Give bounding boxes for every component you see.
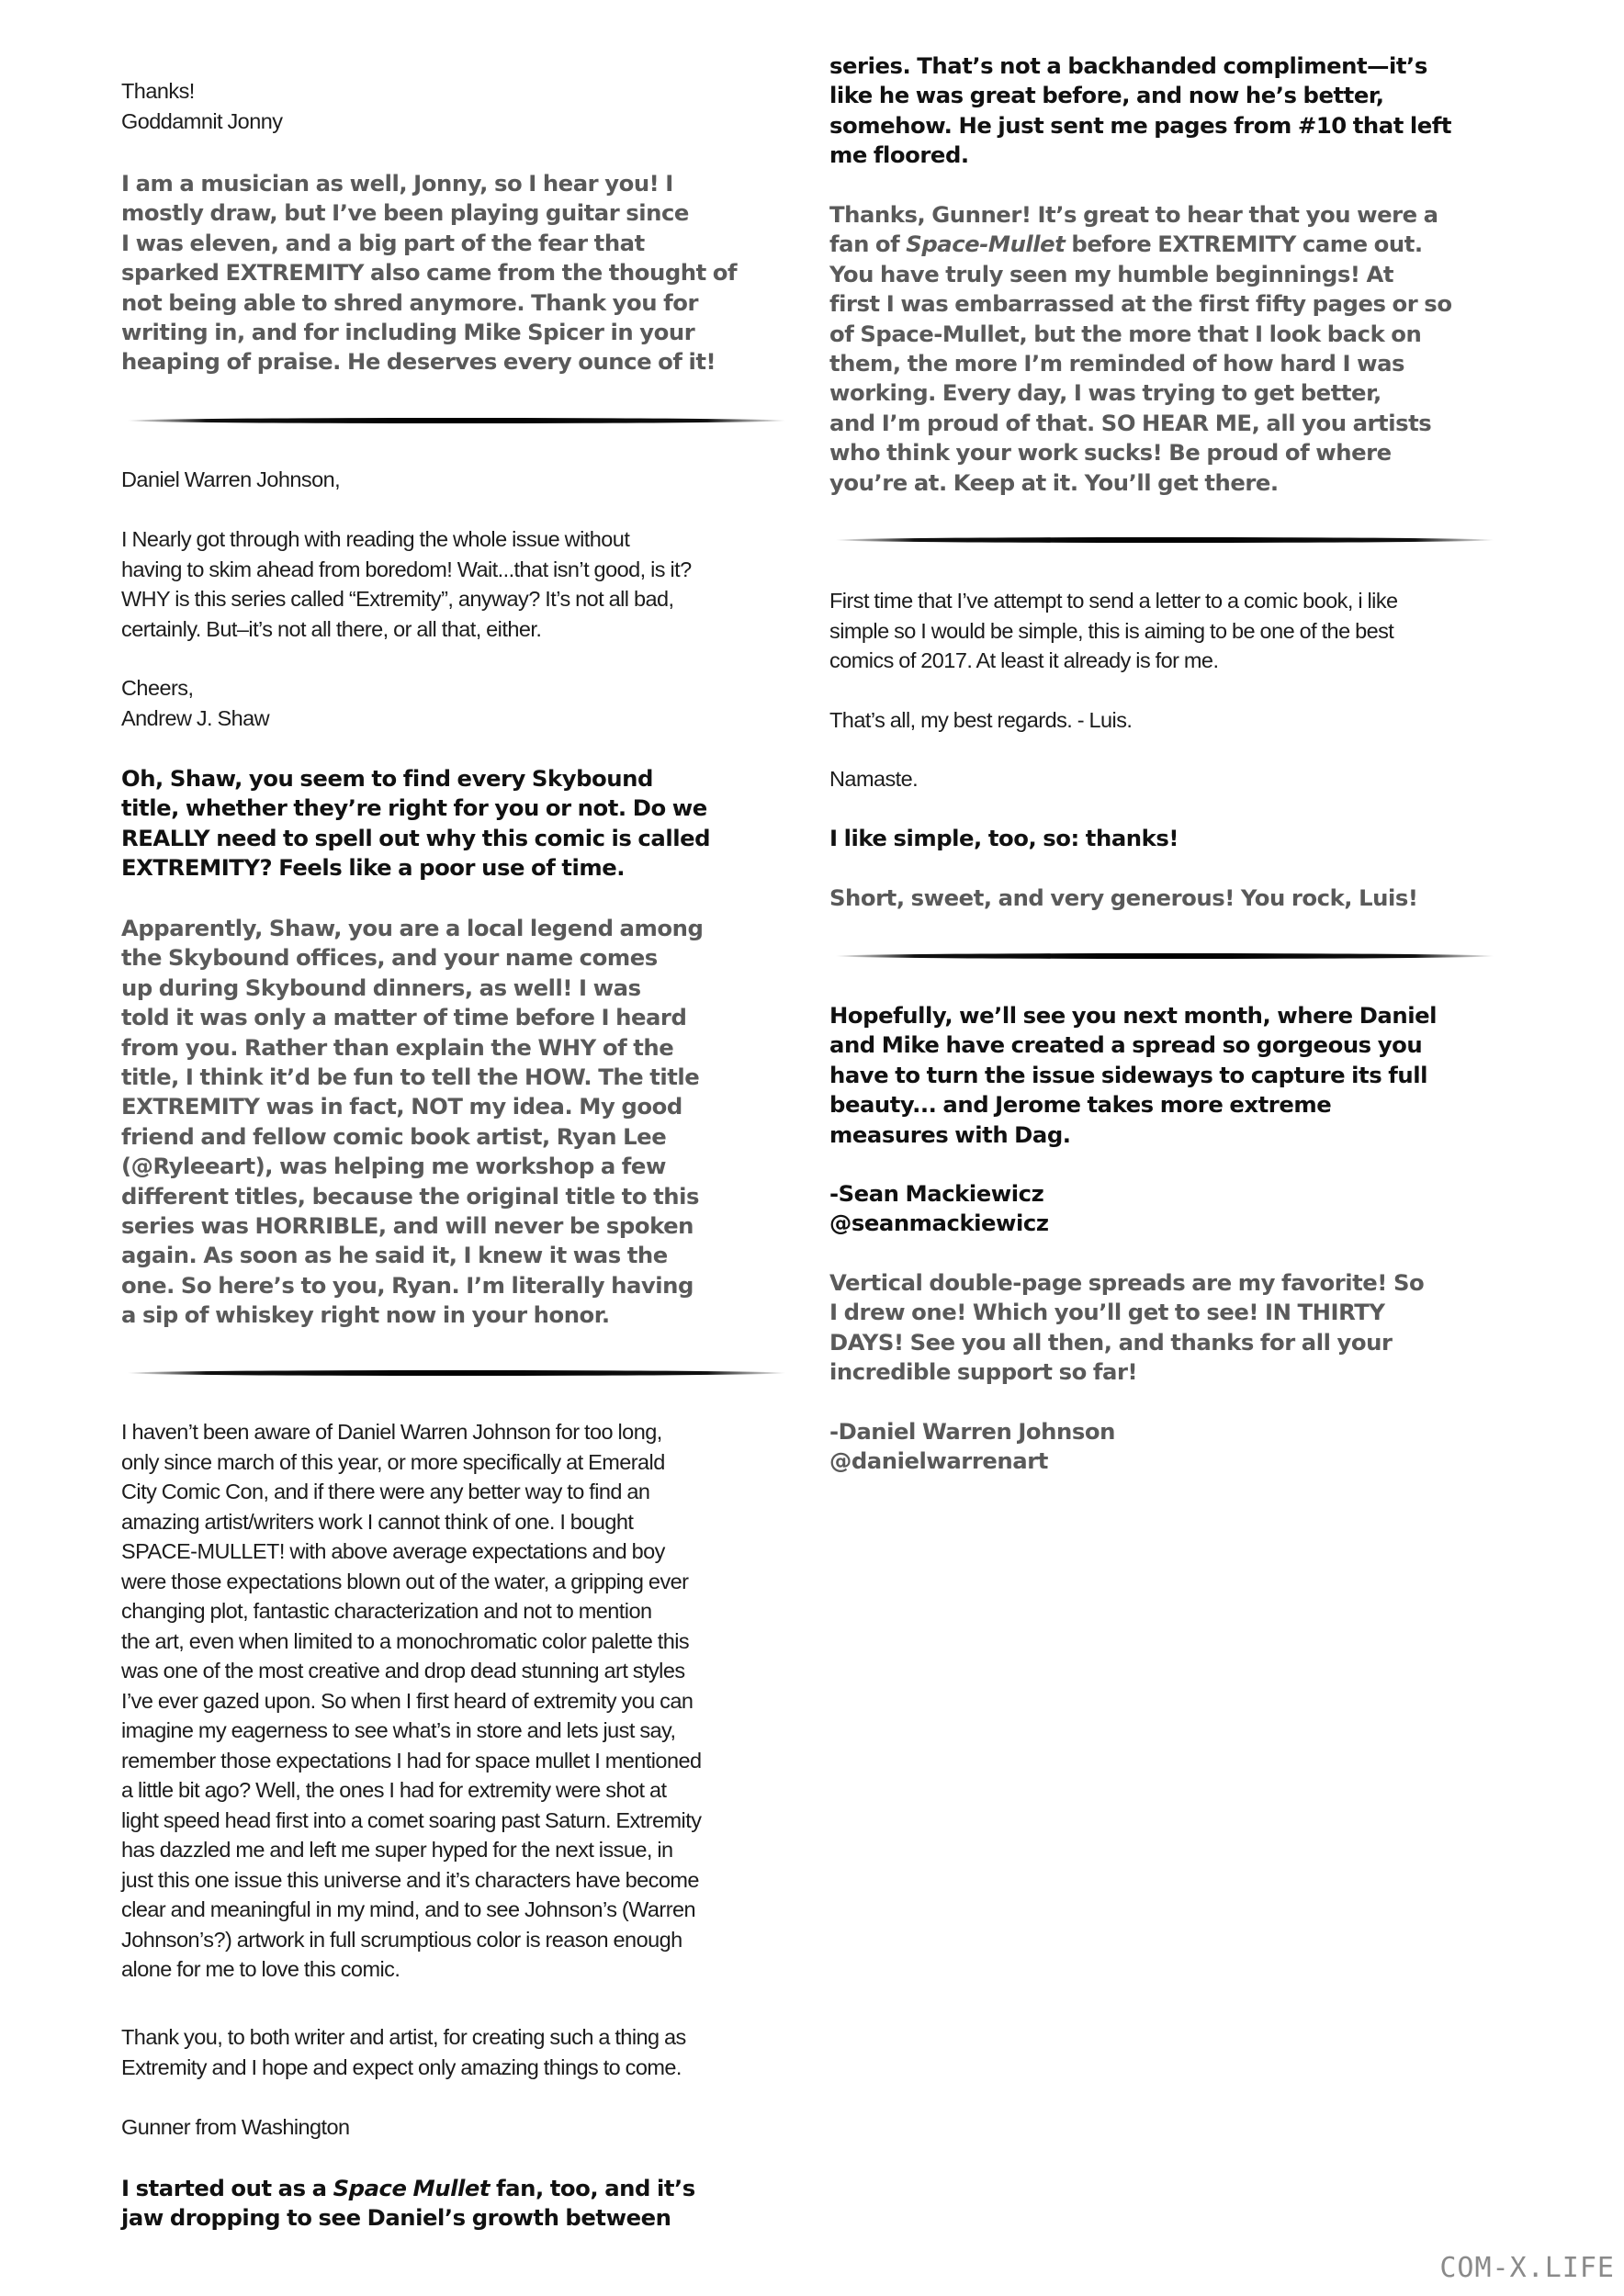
section-divider <box>127 1370 786 1376</box>
letter-gunner-signoff: Gunner from Washington <box>121 2112 801 2143</box>
letter-gunner-body: I haven’t been aware of Daniel Warren Jo… <box>121 1417 801 1985</box>
editor-closing: Hopefully, we’ll see you next month, whe… <box>829 1001 1509 1150</box>
artist-reply-shaw: Apparently, Shaw, you are a local legend… <box>121 914 801 1331</box>
section-divider <box>835 537 1494 543</box>
section-divider <box>127 418 786 423</box>
letter-shaw-signoff: Cheers, Andrew J. Shaw <box>121 673 801 733</box>
letter-gunner-thanks: Thank you, to both writer and artist, fo… <box>121 2022 801 2082</box>
editor-reply-luis: I like simple, too, so: thanks! <box>829 824 1509 853</box>
space-mullet-title: Space-Mullet <box>906 231 1065 257</box>
editor-reply-gunner-cont: series. That’s not a backhanded complime… <box>829 51 1509 171</box>
editor-handle: @seanmackiewicz <box>829 1209 1509 1238</box>
artist-closing: Vertical double-page spreads are my favo… <box>829 1268 1509 1388</box>
artist-reply-gunner: Thanks, Gunner! It’s great to hear that … <box>829 200 1509 498</box>
letter-luis-regards: That’s all, my best regards. - Luis. <box>829 705 1509 736</box>
letter-shaw-body: I Nearly got through with reading the wh… <box>121 524 801 644</box>
artist-handle: @danielwarrenart <box>829 1446 1509 1476</box>
letter-luis-namaste: Namaste. <box>829 764 1509 794</box>
letter-shaw-greeting: Daniel Warren Johnson, <box>121 465 801 495</box>
space-mullet-title: Space Mullet <box>333 2175 490 2201</box>
section-divider <box>835 953 1494 959</box>
letter-luis-body: First time that I’ve attempt to send a l… <box>829 586 1509 676</box>
artist-reply-jonny: I am a musician as well, Jonny, so I hea… <box>121 169 801 377</box>
artist-reply-luis: Short, sweet, and very generous! You roc… <box>829 884 1509 913</box>
editor-reply-shaw: Oh, Shaw, you seem to find every Skyboun… <box>121 764 801 884</box>
editor-reply-gunner-start: I started out as a Space Mullet fan, too… <box>121 2174 801 2234</box>
artist-signature: -Daniel Warren Johnson @danielwarrenart <box>829 1417 1509 1477</box>
site-watermark: COM-X.LIFE <box>1439 2252 1615 2284</box>
sign-off-jonny: Thanks! Goddamnit Jonny <box>121 76 801 136</box>
editor-signature: -Sean Mackiewicz @seanmackiewicz <box>829 1179 1509 1239</box>
